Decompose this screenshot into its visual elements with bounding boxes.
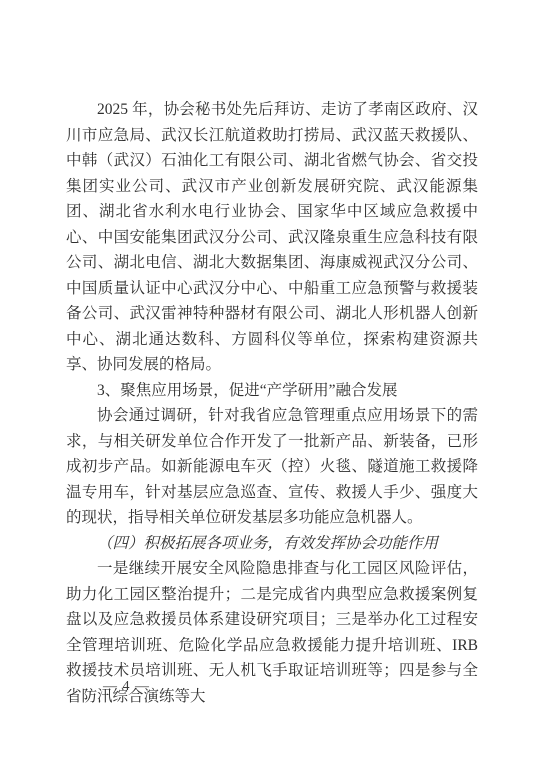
document-page: 2025 年，协会秘书处先后拜访、走访了孝南区政府、汉川市应急局、武汉长江航道救… [0,0,543,768]
heading-section-four-businesses: （四）积极拓展各项业务，有效发挥协会功能作用 [66,531,478,557]
heading-application-scenarios: 3、聚焦应用场景，促进“产学研用”融合发展 [66,378,478,404]
page-number: — 4 — [103,677,150,697]
paragraph-research-products: 协会通过调研，针对我省应急管理重点应用场景下的需求，与相关研发单位合作开发了一批… [66,403,478,531]
document-body: 2025 年，协会秘书处先后拜访、走访了孝南区政府、汉川市应急局、武汉长江航道救… [66,97,478,709]
paragraph-association-visits: 2025 年，协会秘书处先后拜访、走访了孝南区政府、汉川市应急局、武汉长江航道救… [66,97,478,378]
